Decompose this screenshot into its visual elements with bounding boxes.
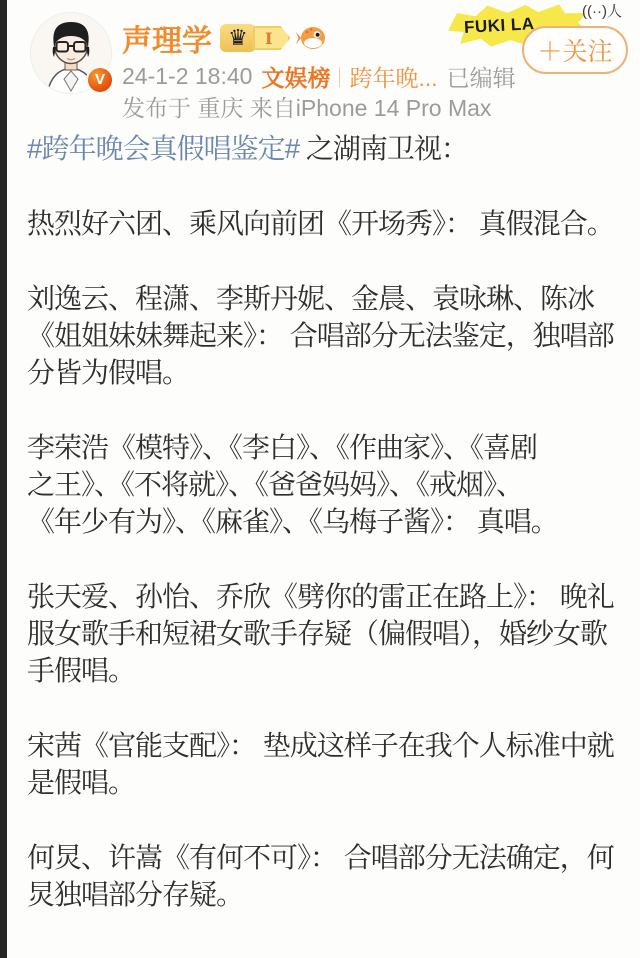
paragraph-song-qian: 宋茜《官能支配》： 垫成这样子在我个人标准中就 是假唱。 [27, 727, 633, 801]
pufferfish-badge-icon [296, 25, 326, 51]
follow-button[interactable]: ＋关注 [522, 26, 628, 74]
tag-divider [339, 67, 340, 87]
paragraph-zhang-tianai: 张天爱、孙怡、乔欣《劈你的雷正在路上》： 晚礼 服女歌手和短裙女歌手存疑（偏假唱… [27, 578, 633, 689]
hashtag-link[interactable]: #跨年晚会真假唱鉴定# [27, 133, 299, 164]
crown-vip-badge-icon: ♛ [220, 24, 256, 52]
paragraph-li-ronghao: 李荣浩《模特》、《李白》、《作曲家》、《喜剧 之王》、《不将就》、《爸爸妈妈》、… [27, 429, 633, 540]
post-timestamp: 24-1-2 18:40 [122, 63, 252, 90]
username[interactable]: 声理学 [122, 16, 212, 60]
trending-tag-topic[interactable]: 跨年晚... [349, 60, 437, 93]
doodle-watermark: ((··)人 [582, 0, 622, 21]
paragraph-sisters-dance: 刘逸云、程潇、李斯丹妮、金晨、袁咏琳、陈冰 《姐姐妹妹舞起来》： 合唱部分无法鉴… [27, 280, 633, 391]
paragraph-opening-show: 热烈好六团、乘风向前团《开场秀》： 真假混合。 [27, 205, 633, 242]
level-pennant-badge: I [253, 26, 290, 50]
edited-label[interactable]: 已编辑 [447, 60, 516, 93]
intro-text: 之湖南卫视： [299, 133, 468, 164]
screenshot-left-edge-bar [0, 0, 7, 958]
verified-v-badge-icon: V [86, 66, 114, 94]
post-source-location: 发布于 重庆 来自iPhone 14 Pro Max [122, 90, 491, 123]
intro-paragraph: #跨年晚会真假唱鉴定# 之湖南卫视： [27, 130, 633, 167]
trending-tag-entertainment[interactable]: 文娱榜 [261, 60, 330, 93]
user-avatar[interactable]: V [30, 12, 110, 92]
paragraph-he-jiong: 何炅、许嵩《有何不可》： 合唱部分无法确定，何 炅独唱部分存疑。 [27, 839, 633, 913]
post-body: #跨年晚会真假唱鉴定# 之湖南卫视： 热烈好六团、乘风向前团《开场秀》： 真假混… [27, 130, 633, 951]
membership-badges[interactable]: ♛ I [220, 24, 326, 52]
